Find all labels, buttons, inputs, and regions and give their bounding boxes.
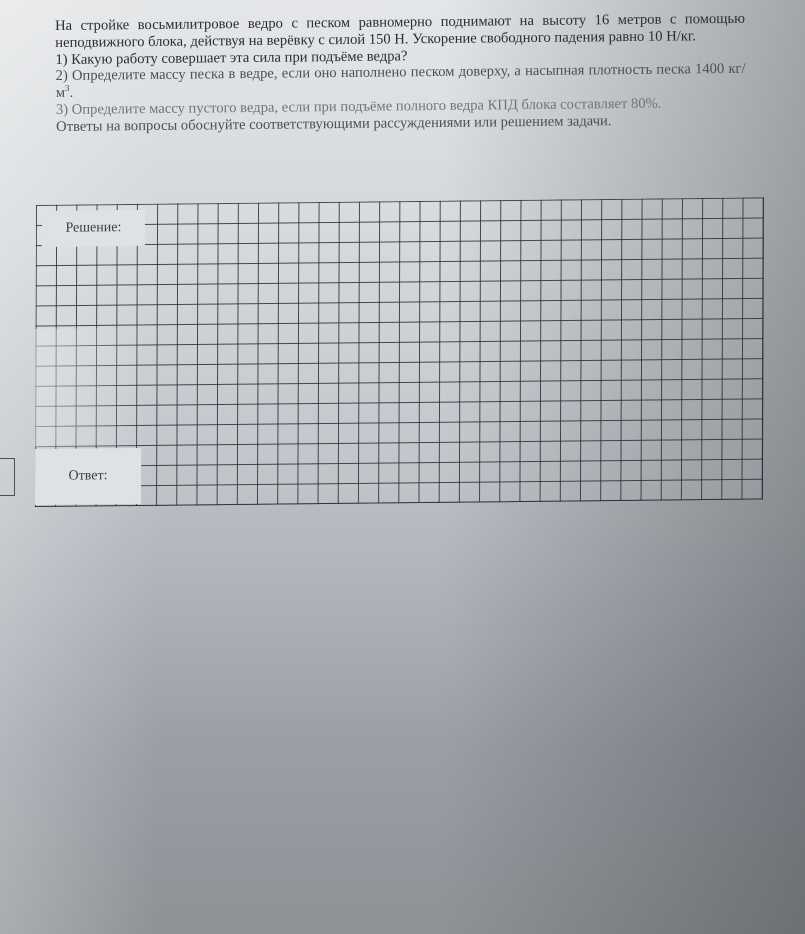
answer-label: Ответ: bbox=[35, 448, 141, 505]
problem-statement: На стройке восьмилитровое ведро с песком… bbox=[55, 11, 746, 136]
worksheet-page: На стройке восьмилитровое ведро с песком… bbox=[0, 0, 805, 934]
answer-form: Решение: Ответ: bbox=[35, 197, 764, 507]
faded-grid-area bbox=[35, 328, 145, 447]
solution-label: Решение: bbox=[42, 210, 145, 247]
score-box bbox=[0, 458, 15, 496]
question-2-tail: . bbox=[69, 85, 73, 101]
